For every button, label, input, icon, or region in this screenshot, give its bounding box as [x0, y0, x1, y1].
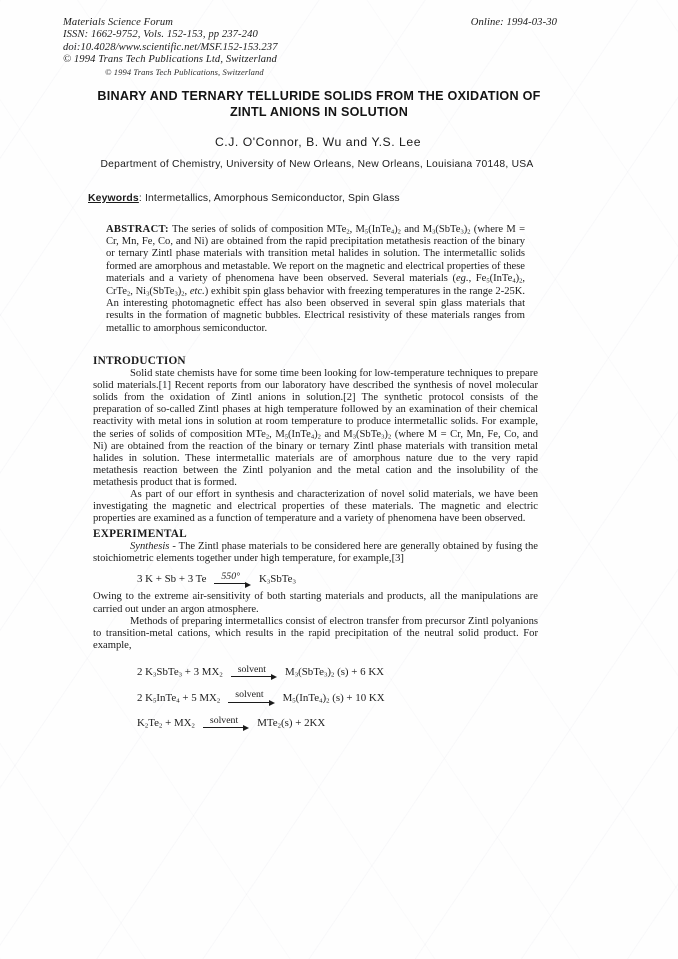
fusion-equation: 3 K + Sb + 3 Te 550° K3SbTe3	[137, 572, 538, 587]
reaction-condition: 550°	[214, 572, 247, 585]
paper-page: Materials Science Forum ISSN: 1662-9752,…	[0, 0, 678, 959]
methods-paragraph: Methods of preparing intermetallics cons…	[93, 616, 538, 652]
fusion-equation-right: K3SbTe3	[259, 573, 296, 586]
copyright-small: © 1994 Trans Tech Publications, Switzerl…	[105, 67, 552, 78]
paper-title-line2: ZINTL ANIONS IN SOLUTION	[0, 104, 638, 120]
equation-right: MTe2(s) + 2KX	[257, 717, 325, 730]
page-content: Materials Science Forum ISSN: 1662-9752,…	[0, 17, 678, 730]
owing-paragraph: Owing to the extreme air-sensitivity of …	[93, 591, 538, 615]
equation-left: K2Te2 + MX2	[137, 717, 195, 730]
affiliation: Department of Chemistry, University of N…	[0, 159, 678, 170]
fusion-equation-left: 3 K + Sb + 3 Te	[137, 573, 206, 586]
authors: C.J. O'Connor, B. Wu and Y.S. Lee	[0, 135, 678, 149]
copyright-line: © 1994 Trans Tech Publications Ltd, Swit…	[63, 54, 552, 66]
reaction-arrow: solvent	[228, 690, 270, 703]
keywords-label: Keywords	[88, 193, 139, 204]
introduction-heading: INTRODUCTION	[93, 355, 538, 368]
abstract: ABSTRACT: The series of solids of compos…	[106, 224, 525, 336]
experimental-heading: EXPERIMENTAL	[93, 528, 538, 541]
issn-line: ISSN: 1662-9752, Vols. 152-153, pp 237-2…	[63, 29, 552, 41]
paper-title-line1: BINARY AND TERNARY TELLURIDE SOLIDS FROM…	[0, 88, 638, 104]
metathesis-equation-3: K2Te2 + MX2 solvent MTe2(s) + 2KX	[137, 716, 538, 731]
introduction-paragraph-1: Solid state chemists have for some time …	[93, 368, 538, 488]
equation-left: 2 K3SbTe3 + 3 MX2	[137, 666, 223, 679]
introduction-paragraph-2: As part of our effort in synthesis and c…	[93, 489, 538, 525]
equation-right: M3(SbTe3)2 (s) + 6 KX	[285, 666, 384, 679]
paper-body: INTRODUCTION Solid state chemists have f…	[93, 355, 538, 730]
paper-title: BINARY AND TERNARY TELLURIDE SOLIDS FROM…	[0, 88, 678, 120]
reaction-condition: solvent	[228, 690, 270, 703]
reaction-condition: solvent	[231, 665, 273, 678]
doi-line: doi:10.4028/www.scientific.net/MSF.152-1…	[63, 42, 552, 54]
metathesis-equation-2: 2 K5InTe4 + 5 MX2 solvent M5(InTe4)2 (s)…	[137, 690, 538, 705]
journal-header: Materials Science Forum ISSN: 1662-9752,…	[63, 17, 552, 78]
keywords-line: Keywords: Intermetallics, Amorphous Semi…	[88, 193, 678, 204]
reaction-arrow: solvent	[231, 665, 273, 678]
equation-left: 2 K5InTe4 + 5 MX2	[137, 692, 220, 705]
reaction-condition: solvent	[203, 716, 245, 729]
online-date: Online: 1994-03-30	[471, 17, 557, 29]
synthesis-paragraph: Synthesis - The Zintl phase materials to…	[93, 541, 538, 565]
reaction-arrow: 550°	[214, 572, 247, 585]
equation-right: M5(InTe4)2 (s) + 10 KX	[283, 692, 385, 705]
metathesis-equation-1: 2 K3SbTe3 + 3 MX2 solvent M3(SbTe3)2 (s)…	[137, 665, 538, 680]
reaction-arrow: solvent	[203, 716, 245, 729]
keywords-text: : Intermetallics, Amorphous Semiconducto…	[139, 193, 400, 204]
